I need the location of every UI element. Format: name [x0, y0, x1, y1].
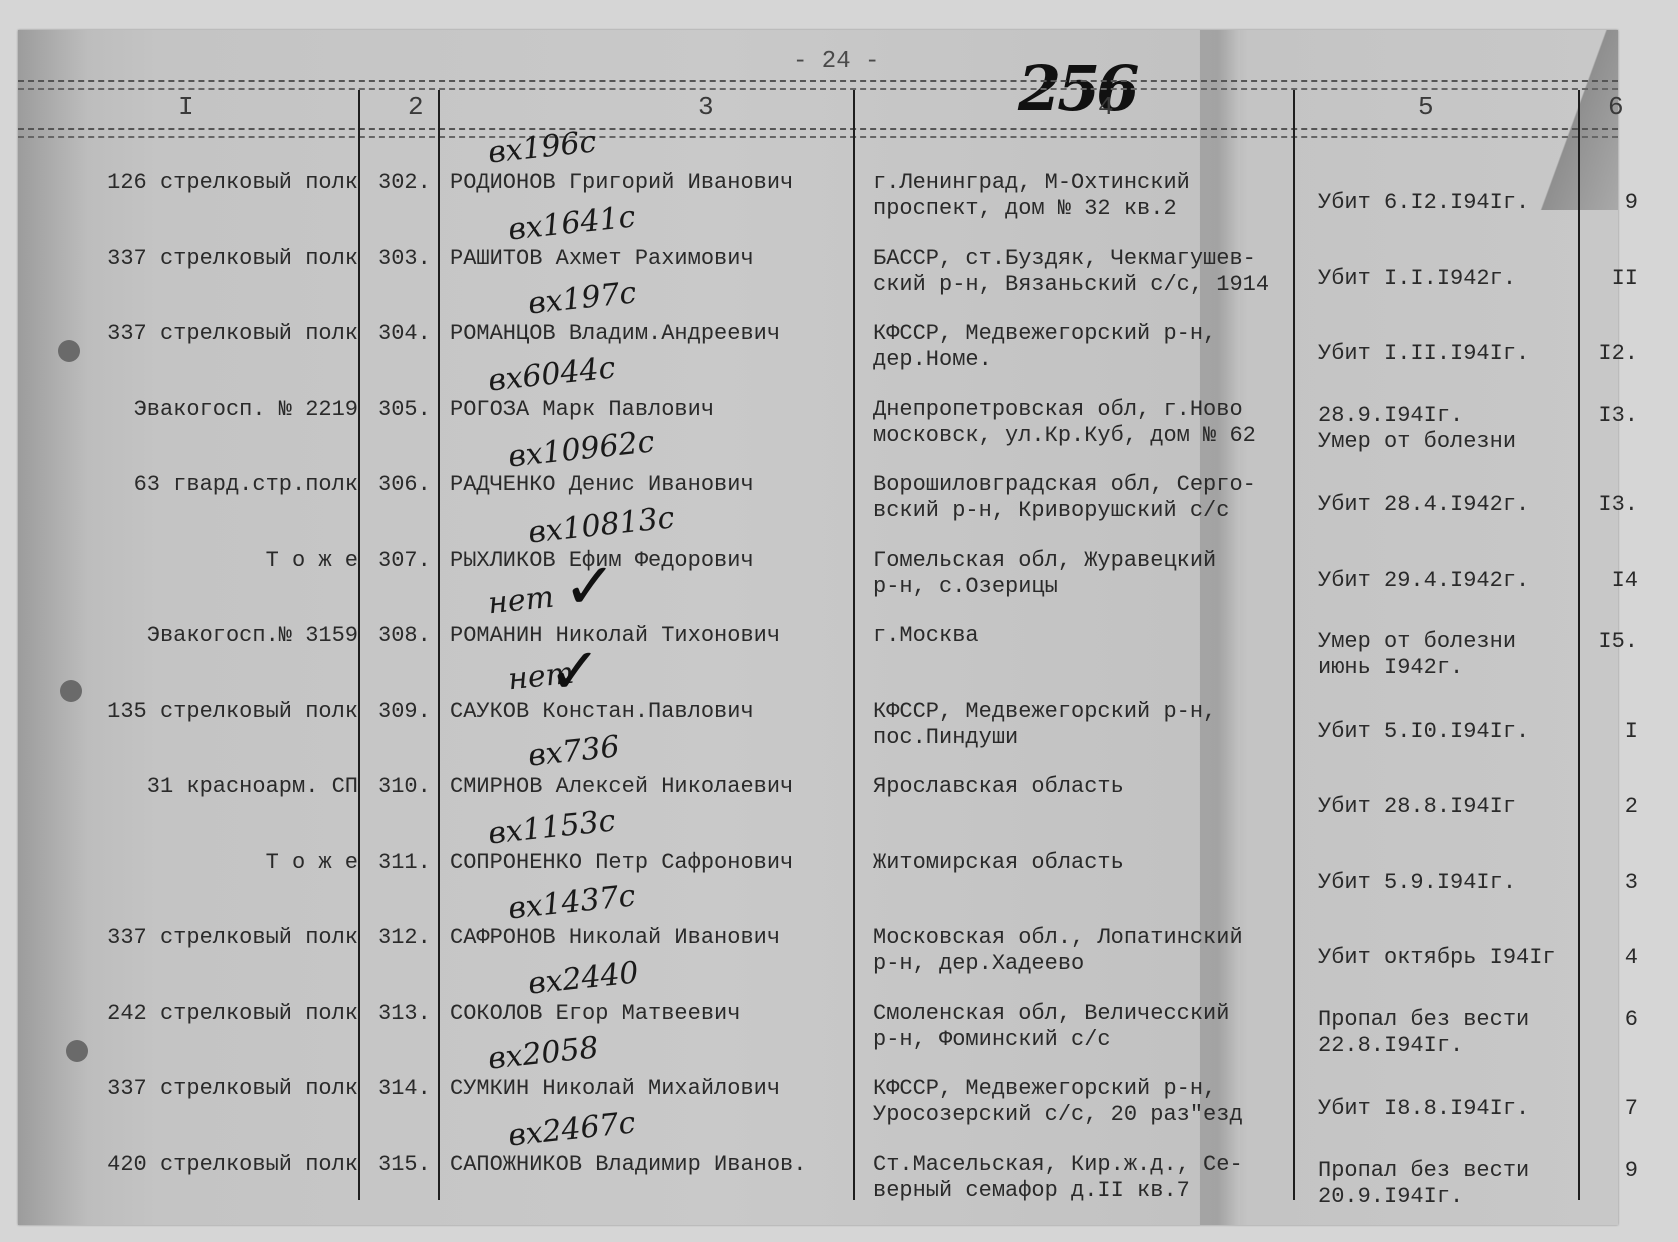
unit-cell: 63 гвард.стр.полк	[58, 472, 358, 498]
number-cell: 312.	[378, 925, 431, 951]
number-cell: 313.	[378, 1001, 431, 1027]
handwritten-annotation: вх2467с	[507, 1105, 637, 1153]
unit-cell: 337 стрелковый полк	[58, 246, 358, 272]
column-divider	[853, 90, 855, 1200]
number-cell: 315.	[378, 1152, 431, 1178]
handwritten-annotation: вх197с	[526, 275, 638, 321]
handwritten-annotation: вх1153с	[487, 803, 617, 851]
address-cell: г.Ленинград, М-Охтинский проспект, дом №…	[873, 170, 1190, 222]
column-divider	[438, 90, 440, 1200]
name-cell: РОМАНЦОВ Владим.Андреевич	[450, 321, 780, 347]
folded-corner	[1528, 30, 1618, 210]
address-cell: Московская обл., Лопатинский р-н, дер.Ха…	[873, 925, 1243, 977]
fate-cell: Убит 5.9.I94Iг.	[1318, 870, 1516, 896]
number-cell: 302.	[378, 170, 431, 196]
unit-cell: 242 стрелковый полк	[58, 1001, 358, 1027]
number-cell: 306.	[378, 472, 431, 498]
fate-cell: Убит 28.8.I94Iг	[1318, 794, 1516, 820]
name-cell: РОГОЗА Марк Павлович	[450, 397, 714, 423]
column-divider	[358, 90, 360, 1200]
handwritten-annotation: вх10962с	[507, 424, 656, 474]
fate-cell: Убит 29.4.I942г.	[1318, 568, 1529, 594]
unit-cell: 135 стрелковый полк	[58, 699, 358, 725]
number-cell: 308.	[378, 623, 431, 649]
address-cell: Ярославская область	[873, 774, 1124, 800]
fate-cell: Убит 28.4.I942г.	[1318, 492, 1529, 518]
reference-cell: 9	[1598, 190, 1638, 216]
unit-cell: Эвакогосп.№ 3159	[58, 623, 358, 649]
address-cell: Днепропетровская обл, г.Ново московск, у…	[873, 397, 1256, 449]
unit-cell: 337 стрелковый полк	[58, 321, 358, 347]
name-cell: РАДЧЕНКО Денис Иванович	[450, 472, 754, 498]
fate-cell: Убит I.I.I942г.	[1318, 266, 1516, 292]
address-cell: БАССР, ст.Буздяк, Чекмагушев- ский р-н, …	[873, 246, 1269, 298]
number-cell: 311.	[378, 850, 431, 876]
document-sheet: - 24 - 256 I 2 3 4 5 6 126 стрелковый по…	[18, 30, 1618, 1225]
address-cell: Гомельская обл, Журавецкий р-н, с.Озериц…	[873, 548, 1216, 600]
reference-cell: I5.	[1598, 629, 1638, 655]
address-cell: Ст.Масельская, Кир.ж.д., Се- верный сема…	[873, 1152, 1243, 1204]
fate-cell: 28.9.I94Iг. Умер от болезни	[1318, 403, 1516, 455]
unit-cell: Т о ж е	[58, 850, 358, 876]
name-cell: САПОЖНИКОВ Владимир Иванов.	[450, 1152, 806, 1178]
reference-cell: 9	[1598, 1158, 1638, 1184]
handwritten-annotation: вх736	[526, 729, 621, 773]
reference-cell: I	[1598, 719, 1638, 745]
handwritten-annotation: вх1437с	[507, 878, 637, 926]
number-cell: 307.	[378, 548, 431, 574]
name-cell: СОПРОНЕНКО Петр Сафронович	[450, 850, 793, 876]
handwritten-annotation: вх2058	[486, 1030, 600, 1076]
address-cell: КФССР, Медвежегорский р-н, Уросозерский …	[873, 1076, 1243, 1128]
page-number: - 24 -	[793, 48, 879, 75]
column-header-3: 3	[698, 92, 714, 122]
column-header-5: 5	[1418, 92, 1434, 122]
name-cell: СМИРНОВ Алексей Николаевич	[450, 774, 793, 800]
handwritten-annotation: нет	[486, 580, 555, 622]
reference-cell: 3	[1598, 870, 1638, 896]
handwritten-annotation: вх1641с	[507, 199, 637, 247]
fate-cell: Убит I8.8.I94Iг.	[1318, 1096, 1529, 1122]
checkmark-icon: ✓	[563, 550, 617, 624]
name-cell: РОДИОНОВ Григорий Иванович	[450, 170, 793, 196]
column-header-6: 6	[1608, 92, 1624, 122]
fate-cell: Пропал без вести 20.9.I94Iг.	[1318, 1158, 1529, 1210]
reference-cell: II	[1598, 266, 1638, 292]
fate-cell: Убит 5.I0.I94Iг.	[1318, 719, 1529, 745]
address-cell: Житомирская область	[873, 850, 1124, 876]
column-header-4: 4	[1098, 92, 1114, 122]
reference-cell: I3.	[1598, 403, 1638, 429]
handwritten-annotation: вх6044с	[487, 350, 617, 398]
number-cell: 305.	[378, 397, 431, 423]
reference-cell: 7	[1598, 1096, 1638, 1122]
reference-cell: I3.	[1598, 492, 1638, 518]
header-rule-bottom	[18, 128, 1618, 138]
name-cell: САУКОВ Констан.Павлович	[450, 699, 754, 725]
fate-cell: Пропал без вести 22.8.I94Iг.	[1318, 1007, 1529, 1059]
reference-cell: I2.	[1598, 341, 1638, 367]
name-cell: РОМАНИН Николай Тихонович	[450, 623, 780, 649]
header-rule-top	[18, 80, 1618, 90]
fate-cell: Убит октябрь I94Iг	[1318, 945, 1556, 971]
address-cell: КФССР, Медвежегорский р-н, дер.Номе.	[873, 321, 1216, 373]
name-cell: САФРОНОВ Николай Иванович	[450, 925, 780, 951]
address-cell: г.Москва	[873, 623, 979, 649]
number-cell: 309.	[378, 699, 431, 725]
column-header-1: I	[178, 92, 194, 122]
unit-cell: Эвакогосп. № 2219	[58, 397, 358, 423]
name-cell: РАШИТОВ Ахмет Рахимович	[450, 246, 754, 272]
checkmark-icon: ✓	[548, 635, 602, 709]
column-divider	[1293, 90, 1295, 1200]
reference-cell: 2	[1598, 794, 1638, 820]
fate-cell: Убит 6.I2.I94Iг.	[1318, 190, 1529, 216]
address-cell: Смоленская обл, Величесский р-н, Фоминск…	[873, 1001, 1229, 1053]
number-cell: 310.	[378, 774, 431, 800]
number-cell: 303.	[378, 246, 431, 272]
reference-cell: 4	[1598, 945, 1638, 971]
address-cell: КФССР, Медвежегорский р-н, пос.Пиндуши	[873, 699, 1216, 751]
unit-cell: 420 стрелковый полк	[58, 1152, 358, 1178]
fate-cell: Умер от болезни июнь I942г.	[1318, 629, 1516, 681]
name-cell: СУМКИН Николай Михайлович	[450, 1076, 780, 1102]
unit-cell: 31 красноарм. СП	[58, 774, 358, 800]
fate-cell: Убит I.II.I94Iг.	[1318, 341, 1529, 367]
address-cell: Ворошиловградская обл, Серго- вский р-н,…	[873, 472, 1256, 524]
number-cell: 304.	[378, 321, 431, 347]
column-header-2: 2	[408, 92, 424, 122]
handwritten-annotation: вх10813с	[527, 500, 676, 550]
number-cell: 314.	[378, 1076, 431, 1102]
punch-hole	[66, 1040, 88, 1062]
unit-cell: Т о ж е	[58, 548, 358, 574]
unit-cell: 337 стрелковый полк	[58, 1076, 358, 1102]
unit-cell: 126 стрелковый полк	[58, 170, 358, 196]
name-cell: СОКОЛОВ Егор Матвеевич	[450, 1001, 740, 1027]
column-divider	[1578, 90, 1580, 1200]
unit-cell: 337 стрелковый полк	[58, 925, 358, 951]
handwritten-annotation: вх2440	[526, 955, 640, 1001]
reference-cell: 6	[1598, 1007, 1638, 1033]
reference-cell: I4	[1598, 568, 1638, 594]
